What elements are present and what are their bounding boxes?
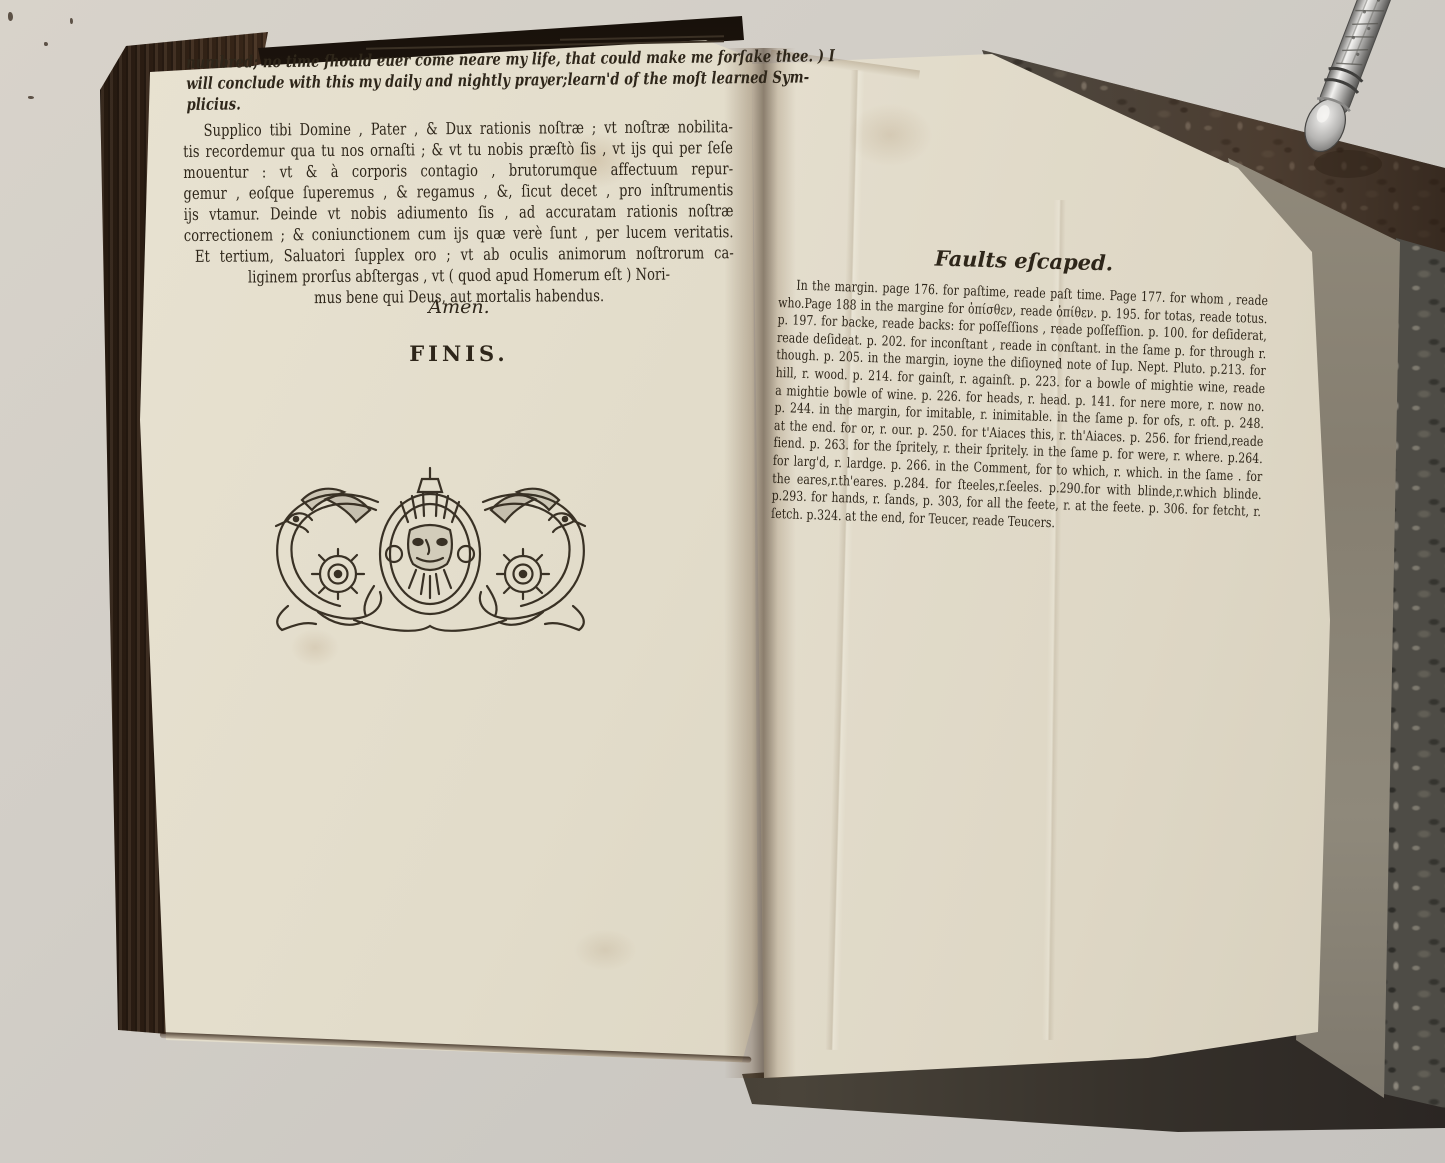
english-paragraph: numbred; no time ſhould euer come neare …	[186, 46, 735, 115]
background-speck	[8, 12, 13, 21]
gutter-shadow	[724, 48, 796, 1078]
silver-clasp	[1296, 0, 1426, 202]
finis-text: FINIS.	[185, 341, 733, 366]
clasp-shadow	[1314, 150, 1382, 178]
errata-paragraph: In the margin. page 176. for paſtime, re…	[771, 277, 1268, 539]
latin-prayer-paragraph: Supplico tibi Domine , Pater , & Dux rat…	[183, 116, 734, 309]
background-speck	[70, 18, 73, 24]
amen-text: Amen.	[185, 296, 733, 318]
grotesque-mask-icon	[380, 468, 480, 614]
background-speck	[28, 96, 34, 99]
scrollwork-left	[276, 489, 381, 630]
background-speck	[44, 42, 48, 46]
photo-of-open-antique-book: numbred; no time ſhould euer come neare …	[0, 0, 1445, 1163]
bottom-garland	[354, 620, 506, 631]
woodcut-ornament	[258, 466, 603, 636]
